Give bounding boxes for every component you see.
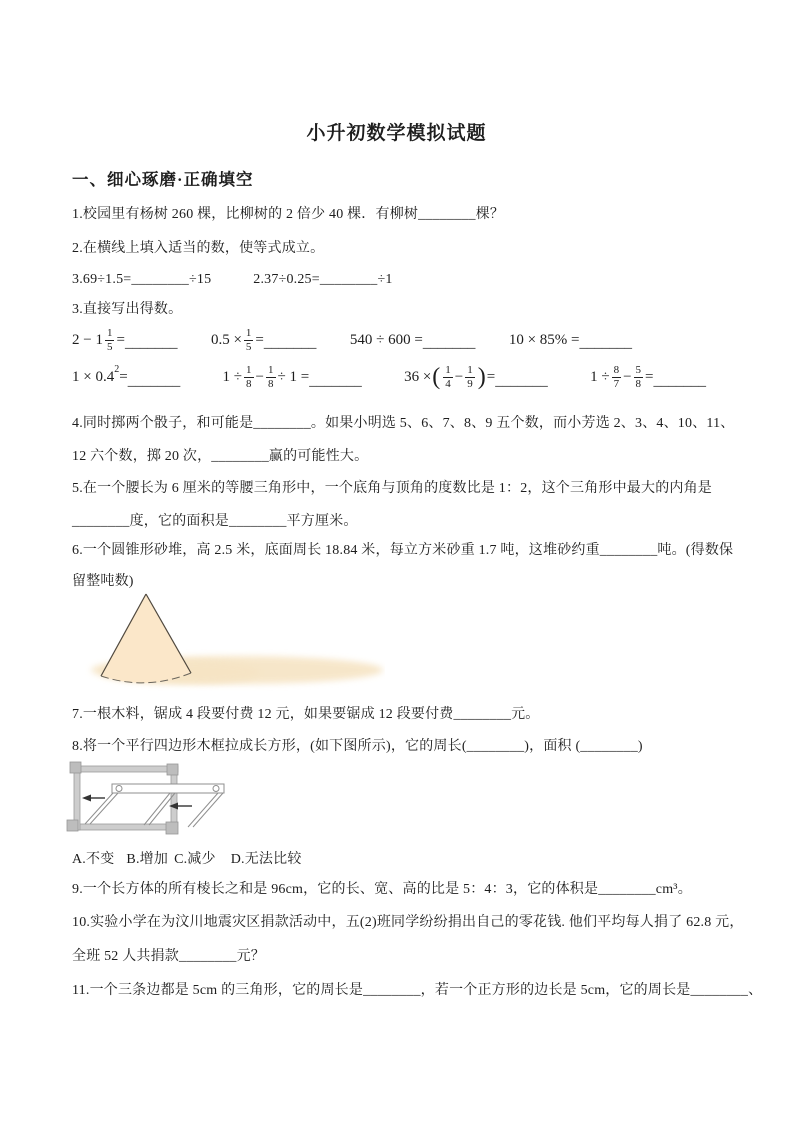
parallelogram-top-bar: [112, 784, 224, 793]
option-c: C.减少: [174, 852, 216, 867]
parallelogram-frame: [85, 784, 224, 827]
exam-document: 小升初数学模拟试题 一、细心琢磨·正确填空 1.校园里有杨树 260 棵，比柳树…: [0, 0, 793, 1122]
fraction: 19: [465, 364, 475, 390]
fraction: 18: [244, 364, 254, 390]
math-text: 1 ÷: [223, 369, 242, 386]
parallelogram-slant-bar: [144, 793, 170, 825]
question-10-line-2: 全班 52 人共捐款________元？: [72, 947, 265, 966]
fraction: 87: [612, 364, 622, 390]
question-7: 7.一根木料，锯成 4 段要付费 12 元，如果要锯成 12 段要付费_____…: [72, 705, 540, 724]
frame-top-bar: [74, 766, 178, 772]
math-text: 2 − 1: [72, 332, 103, 349]
answer-blank: _______: [495, 373, 548, 390]
math-text: =: [487, 369, 495, 386]
math-expression: 10 × 85% = _______: [509, 327, 632, 353]
math-expression: 1 ÷ 18 − 18 ÷ 1 = _______: [223, 364, 362, 391]
math-text: 10 × 85% =: [509, 332, 580, 349]
frame-corner-pad: [67, 820, 78, 831]
question-5-line-2: ________度，它的面积是________平方厘米。: [72, 512, 358, 531]
answer-blank: _______: [423, 335, 476, 352]
question-2-equations: 3.69÷1.5=________÷152.37÷0.25=________÷1: [72, 270, 393, 289]
answer-blank: _______: [264, 335, 317, 352]
question-4-line-2: 12 六个数，掷 20 次，________赢的可能性大。: [72, 447, 368, 466]
fraction: 14: [443, 364, 453, 390]
left-arrow-head-icon: [82, 795, 91, 802]
equation-1: 3.69÷1.5=________÷15: [72, 272, 211, 287]
cone-body: [101, 594, 191, 683]
math-expression: 1 ÷ 87 − 58 = _______: [590, 364, 706, 391]
math-expression: 0.5 × 15 = _______: [211, 327, 316, 353]
big-paren: ): [478, 364, 486, 392]
answer-blank: _______: [125, 335, 178, 352]
cone-figure: [85, 588, 385, 696]
big-paren: (: [432, 364, 440, 392]
math-text: =: [116, 332, 124, 349]
answer-blank: _______: [309, 373, 362, 390]
question-2: 2.在横线上填入适当的数，使等式成立。: [72, 239, 324, 258]
question-11: 11.一个三条边都是 5cm 的三角形，它的周长是________，若一个正方形…: [72, 981, 762, 1000]
question-4-line-1: 4.同时掷两个骰子，和可能是________。如果小明选 5、6、7、8、9 五…: [72, 414, 734, 433]
fraction: 15: [244, 327, 254, 353]
question-8: 8.将一个平行四边形木框拉成长方形，(如下图所示)，它的周长(________)…: [72, 737, 643, 756]
frame-corner-pad: [167, 764, 178, 775]
frame-bottom-bar: [71, 824, 177, 830]
question-10-line-1: 10.实验小学在为汶川地震灾区捐款活动中，五(2)班同学纷纷捐出自己的零花钱. …: [72, 913, 744, 932]
fraction: 18: [266, 364, 276, 390]
page-title: 小升初数学模拟试题: [0, 124, 793, 143]
math-text: 0.5 ×: [211, 332, 242, 349]
option-b: B.增加: [126, 852, 168, 867]
frame-corner-pad: [166, 822, 178, 834]
question-3: 3.直接写出得数。: [72, 300, 182, 319]
math-text: 540 ÷ 600 =: [350, 332, 423, 349]
math-expression: 2 − 115 = _______: [72, 327, 177, 353]
section-heading: 一、细心琢磨·正确填空: [72, 170, 254, 189]
math-text: −: [455, 369, 463, 386]
math-expression: 1 × 0.42 = _______: [72, 364, 180, 391]
frame-corner-pad: [70, 762, 81, 773]
math-text: =: [255, 332, 263, 349]
question-1: 1.校园里有杨树 260 棵，比柳树的 2 倍少 40 棵．有柳树_______…: [72, 205, 504, 224]
fraction: 15: [105, 327, 115, 353]
parallelogram-slant-bar: [188, 793, 218, 827]
option-a: A.不变: [72, 852, 114, 867]
equation-2: 2.37÷0.25=________÷1: [253, 272, 392, 287]
formula-row-1: 2 − 115 = _______0.5 × 15 = _______540 ÷…: [72, 327, 632, 353]
formula-row-2: 1 × 0.42 = _______1 ÷ 18 − 18 ÷ 1 = ____…: [72, 364, 706, 391]
parallelogram-slant-bar: [193, 793, 223, 827]
math-text: =: [645, 369, 653, 386]
option-d: D.无法比较: [231, 852, 302, 867]
question-6-line-1: 6.一个圆锥形砂堆，高 2.5 米，底面周长 18.84 米，每立方米砂重 1.…: [72, 541, 733, 560]
pivot-pin: [213, 786, 219, 792]
math-text: 36 ×: [404, 369, 431, 386]
pivot-pin: [116, 786, 122, 792]
fraction: 58: [634, 364, 644, 390]
answer-blank: _______: [654, 373, 707, 390]
answer-blank: _______: [128, 373, 181, 390]
math-text: ÷ 1 =: [278, 369, 310, 386]
math-text: 1 ÷: [590, 369, 609, 386]
math-expression: 36 ×(14 − 19)= _______: [404, 364, 548, 391]
question-5-line-1: 5.在一个腰长为 6 厘米的等腰三角形中，一个底角与顶角的度数比是 1：2，这个…: [72, 479, 712, 498]
answer-blank: _______: [580, 335, 633, 352]
question-8-options: A.不变B.增加C.减少D.无法比较: [72, 850, 302, 869]
math-text: 1 × 0.4: [72, 369, 114, 386]
math-text: =: [119, 369, 127, 386]
question-9: 9.一个长方体的所有棱长之和是 96cm，它的长、宽、高的比是 5：4：3，它的…: [72, 880, 692, 899]
math-text: −: [256, 369, 264, 386]
math-expression: 540 ÷ 600 = _______: [350, 327, 475, 353]
math-text: −: [623, 369, 631, 386]
parallelogram-frame-figure: [66, 758, 278, 850]
